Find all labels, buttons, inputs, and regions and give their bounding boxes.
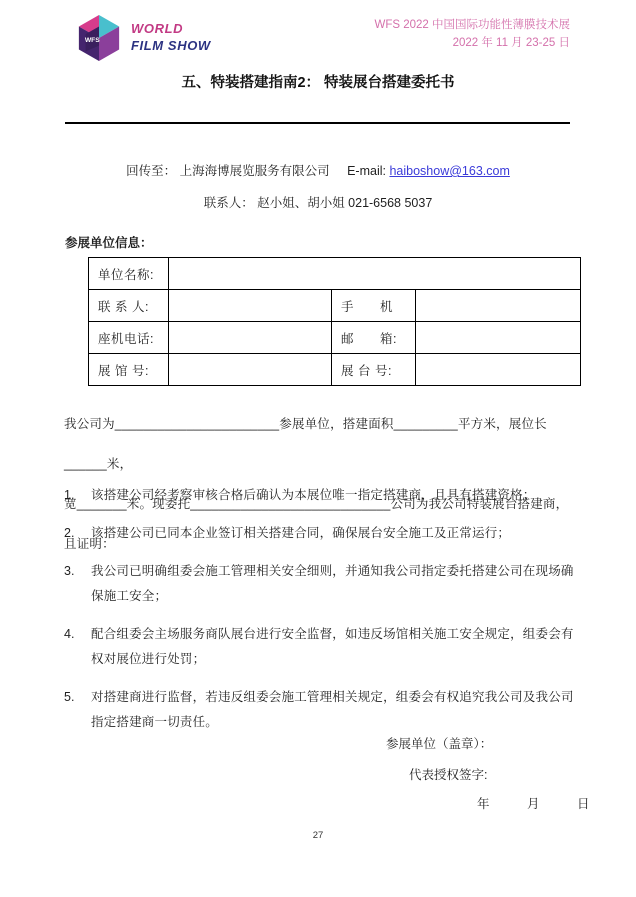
email-label: E-mail: <box>347 164 386 178</box>
mobile-label: 手 机 <box>332 290 416 322</box>
table-row-phone: 座机电话: 邮 箱: <box>89 322 581 354</box>
signature-company-seal-label: 参展单位（盖章）： <box>386 734 492 752</box>
term-text: 我公司已明确组委会施工管理相关安全细则，并通知我公司指定委托搭建公司在现场确保施… <box>91 559 578 609</box>
event-dates: 2022 年 11 月 23-25 日 <box>374 34 570 52</box>
page-title: 五、特装搭建指南2： 特装展台搭建委托书 <box>0 71 636 92</box>
mobile-field[interactable] <box>416 290 581 322</box>
contact-person-label: 联 系 人: <box>89 290 169 322</box>
company-name-field[interactable] <box>169 258 581 290</box>
list-item: 1. 该搭建公司经考察审核合格后确认为本展位唯一指定搭建商，且具有搭建资格； <box>64 483 578 508</box>
company-name-label: 单位名称: <box>89 258 169 290</box>
term-number: 1. <box>64 483 91 508</box>
list-item: 2. 该搭建公司已同本企业签订相关搭建合同，确保展台安全施工及正常运行； <box>64 521 578 546</box>
list-item: 3. 我公司已明确组委会施工管理相关安全细则，并通知我公司指定委托搭建公司在现场… <box>64 559 578 609</box>
page-number: 27 <box>0 830 636 841</box>
exhibitor-info-table: 单位名称: 联 系 人: 手 机 座机电话: 邮 箱: 展 馆 号: 展 台 号… <box>88 257 581 386</box>
return-to-line: 回传至： 上海海博展览服务有限公司 E-mail: haiboshow@163.… <box>0 161 636 179</box>
wfs-cube-text: WFS <box>85 37 100 44</box>
landline-field[interactable] <box>169 322 332 354</box>
contact-person-field[interactable] <box>169 290 332 322</box>
wfs-cube-icon: WFS <box>76 13 122 61</box>
booth-number-label: 展 台 号: <box>332 354 416 386</box>
logo-word-filmshow: FILM SHOW <box>131 37 211 54</box>
list-item: 4. 配合组委会主场服务商队展台进行安全监督，如违反场馆相关施工安全规定，组委会… <box>64 622 578 672</box>
mailbox-label: 邮 箱: <box>332 322 416 354</box>
table-row-contact: 联 系 人: 手 机 <box>89 290 581 322</box>
landline-label: 座机电话: <box>89 322 169 354</box>
table-row-company: 单位名称: <box>89 258 581 290</box>
logo-wordmark: WORLD FILM SHOW <box>131 20 211 54</box>
list-item: 5. 对搭建商进行监督，若违反组委会施工管理相关规定，组委会有权追究我公司及我公… <box>64 685 578 735</box>
declaration-line-1: 我公司为_______________________参展单位，搭建面积____… <box>64 404 574 484</box>
contact-persons-line: 联系人： 赵小姐、胡小姐 021-6568 5037 <box>0 193 636 211</box>
document-page: WFS WORLD FILM SHOW WFS 2022 中国国际功能性薄膜技术… <box>0 0 636 897</box>
booth-number-field[interactable] <box>416 354 581 386</box>
term-number: 3. <box>64 559 91 609</box>
term-number: 2. <box>64 521 91 546</box>
term-number: 5. <box>64 685 91 735</box>
terms-list: 1. 该搭建公司经考察审核合格后确认为本展位唯一指定搭建商，且具有搭建资格； 2… <box>64 483 578 748</box>
exhibitor-info-heading: 参展单位信息： <box>65 233 153 251</box>
hall-number-label: 展 馆 号: <box>89 354 169 386</box>
term-text: 对搭建商进行监督，若违反组委会施工管理相关规定，组委会有权追究我公司及我公司指定… <box>91 685 578 735</box>
event-info: WFS 2022 中国国际功能性薄膜技术展 2022 年 11 月 23-25 … <box>374 16 570 52</box>
table-row-hall: 展 馆 号: 展 台 号: <box>89 354 581 386</box>
signature-date-label: 年 月 日 <box>477 794 590 812</box>
hall-number-field[interactable] <box>169 354 332 386</box>
title-divider <box>65 122 570 124</box>
term-text: 该搭建公司经考察审核合格后确认为本展位唯一指定搭建商，且具有搭建资格； <box>91 483 578 508</box>
mailbox-field[interactable] <box>416 322 581 354</box>
logo-word-world: WORLD <box>131 20 211 37</box>
wfs-logo: WFS WORLD FILM SHOW <box>76 13 211 61</box>
return-to-text: 回传至： 上海海博展览服务有限公司 <box>126 164 329 178</box>
email-link[interactable]: haiboshow@163.com <box>389 164 509 178</box>
term-text: 该搭建公司已同本企业签订相关搭建合同，确保展台安全施工及正常运行； <box>91 521 578 546</box>
term-text: 配合组委会主场服务商队展台进行安全监督，如违反场馆相关施工安全规定，组委会有权对… <box>91 622 578 672</box>
term-number: 4. <box>64 622 91 672</box>
signature-authorized-label: 代表授权签字: <box>409 765 487 783</box>
event-name: WFS 2022 中国国际功能性薄膜技术展 <box>374 16 570 34</box>
